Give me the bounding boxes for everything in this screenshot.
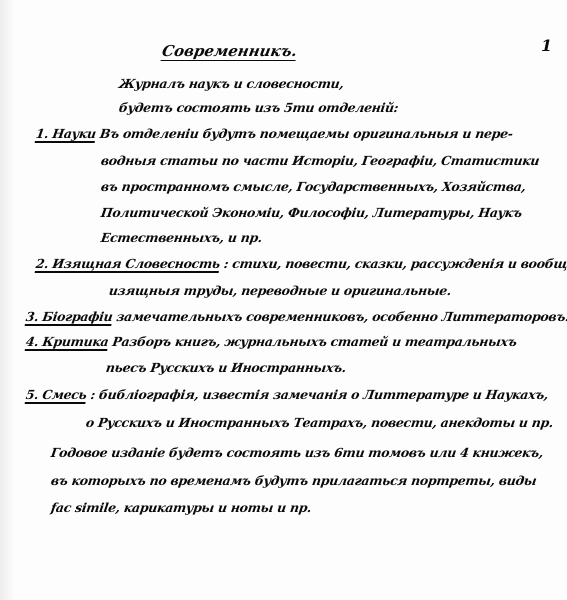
closing-line-1: Годовое изданіе будетъ состоять изъ 6ти …: [50, 447, 544, 460]
section-3-label: 3. Біографіи: [25, 309, 114, 324]
section-3-line-1: замечательныхъ современниковъ, особенно …: [116, 309, 567, 324]
section-4: 4. Критика Разборъ книгъ, журнальныхъ ст…: [25, 336, 517, 349]
closing-line-2: въ которыхъ по временамъ будутъ прилагат…: [50, 475, 537, 488]
page-number: 1: [541, 38, 552, 54]
closing-line-3: fac simile, карикатуры и ноты и пр.: [50, 502, 312, 515]
intro-line-1: Журналъ наукъ и словесности,: [118, 78, 344, 91]
section-1-line-3: въ пространномъ смысле, Государственныхъ…: [100, 181, 526, 194]
document-title: Современникъ.: [161, 44, 299, 61]
section-2: 2. Изящная Словесность : стихи, повести,…: [35, 258, 567, 271]
section-1-line-2: водныя статьи по части Исторіи, Географі…: [100, 155, 540, 168]
section-5: 5. Смесь : библіографія, известія замеча…: [25, 389, 549, 402]
section-2-label: 2. Изящная Словесность: [35, 256, 221, 271]
section-3: 3. Біографіи замечательныхъ современнико…: [25, 311, 567, 324]
section-5-line-1: : библіографія, известія замечанія о Лит…: [90, 387, 550, 402]
section-4-line-1: Разборъ книгъ, журнальныхъ статей и теат…: [111, 334, 517, 349]
section-5-label: 5. Смесь: [25, 387, 88, 402]
section-4-label: 4. Критика: [25, 334, 110, 349]
scan-edge-shadow: [0, 0, 14, 600]
section-1: 1. Науки Въ отделеніи будутъ помещаемы о…: [35, 128, 514, 141]
manuscript-page: Современникъ. 1 Журналъ наукъ и словесно…: [0, 0, 567, 600]
section-4-line-2: пьесъ Русскихъ и Иностранныхъ.: [105, 362, 347, 375]
intro-line-2: будетъ состоять изъ 5ти отделеній:: [118, 102, 399, 115]
section-2-line-2: изящныя труды, переводные и оригинальные…: [108, 285, 452, 298]
section-1-line-4: Политической Экономіи, Философіи, Литера…: [100, 207, 523, 220]
section-1-line-5: Естественныхъ, и пр.: [100, 232, 263, 245]
section-1-line-1: Въ отделеніи будутъ помещаемы оригинальн…: [99, 126, 514, 141]
section-5-line-2: о Русскихъ и Иностранныхъ Театрахъ, пове…: [85, 417, 554, 430]
section-2-line-1: : стихи, повести, сказки, рассужденія и …: [223, 256, 567, 271]
section-1-label: 1. Науки: [35, 126, 97, 141]
